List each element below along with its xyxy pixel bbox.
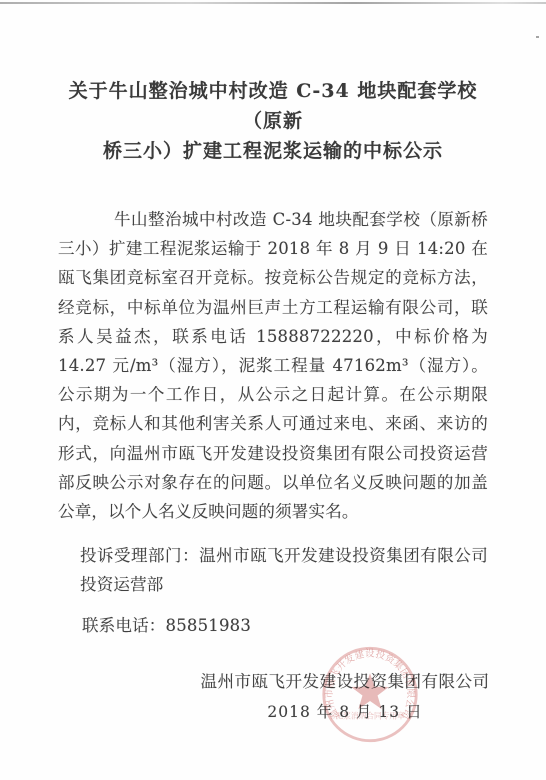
document-title-line1: 关于牛山整治城中村改造 C-34 地块配套学校（原新: [69, 80, 478, 132]
signature-date: 2018 年 8 月 13 日: [200, 697, 490, 727]
scanned-document-page: 关于牛山整治城中村改造 C-34 地块配套学校（原新 桥三小）扩建工程泥浆运输的…: [0, 0, 546, 780]
scan-artifact-speck: [536, 36, 539, 38]
contact-phone-line: 联系电话：85851983: [82, 611, 488, 640]
signature-block: 温州市瓯飞开发建设投资集团有限公司 2018 年 8 月 13 日: [200, 667, 490, 727]
document-title-line2: 桥三小）扩建工程泥浆运输的中标公示: [103, 140, 443, 162]
signature-issuer: 温州市瓯飞开发建设投资集团有限公司: [200, 667, 490, 697]
announcement-body-paragraph: 牛山整治城中村改造 C-34 地块配套学校（原新桥三小）扩建工程泥浆运输于 20…: [58, 205, 488, 526]
complaint-department-line: 投诉受理部门：温州市瓯飞开发建设投资集团有限公司投资运营部: [80, 541, 488, 599]
document-title: 关于牛山整治城中村改造 C-34 地块配套学校（原新 桥三小）扩建工程泥浆运输的…: [58, 76, 488, 166]
document-content: 关于牛山整治城中村改造 C-34 地块配套学校（原新 桥三小）扩建工程泥浆运输的…: [58, 0, 488, 640]
